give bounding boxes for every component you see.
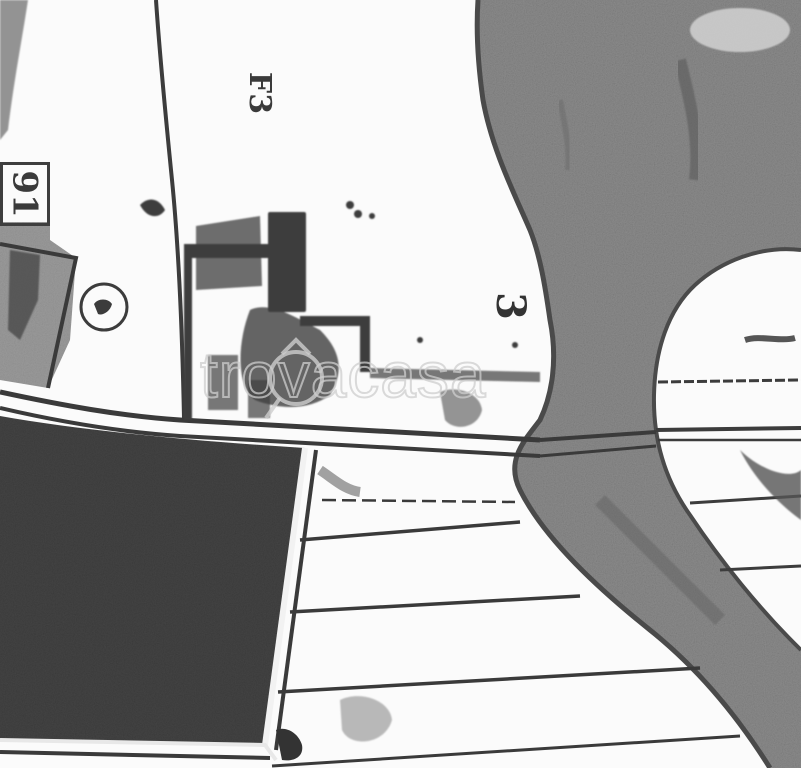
- map-viewer: 91 F3 3 trovacasa: [0, 0, 801, 768]
- parcel-number-f3: F3: [244, 72, 274, 114]
- parcel-number-3: 3: [490, 292, 530, 320]
- parcel-number-91: 91: [0, 162, 50, 226]
- parcel-number-text: 91: [8, 170, 42, 217]
- cadastral-map: [0, 0, 801, 768]
- dark-parcel: [0, 416, 305, 745]
